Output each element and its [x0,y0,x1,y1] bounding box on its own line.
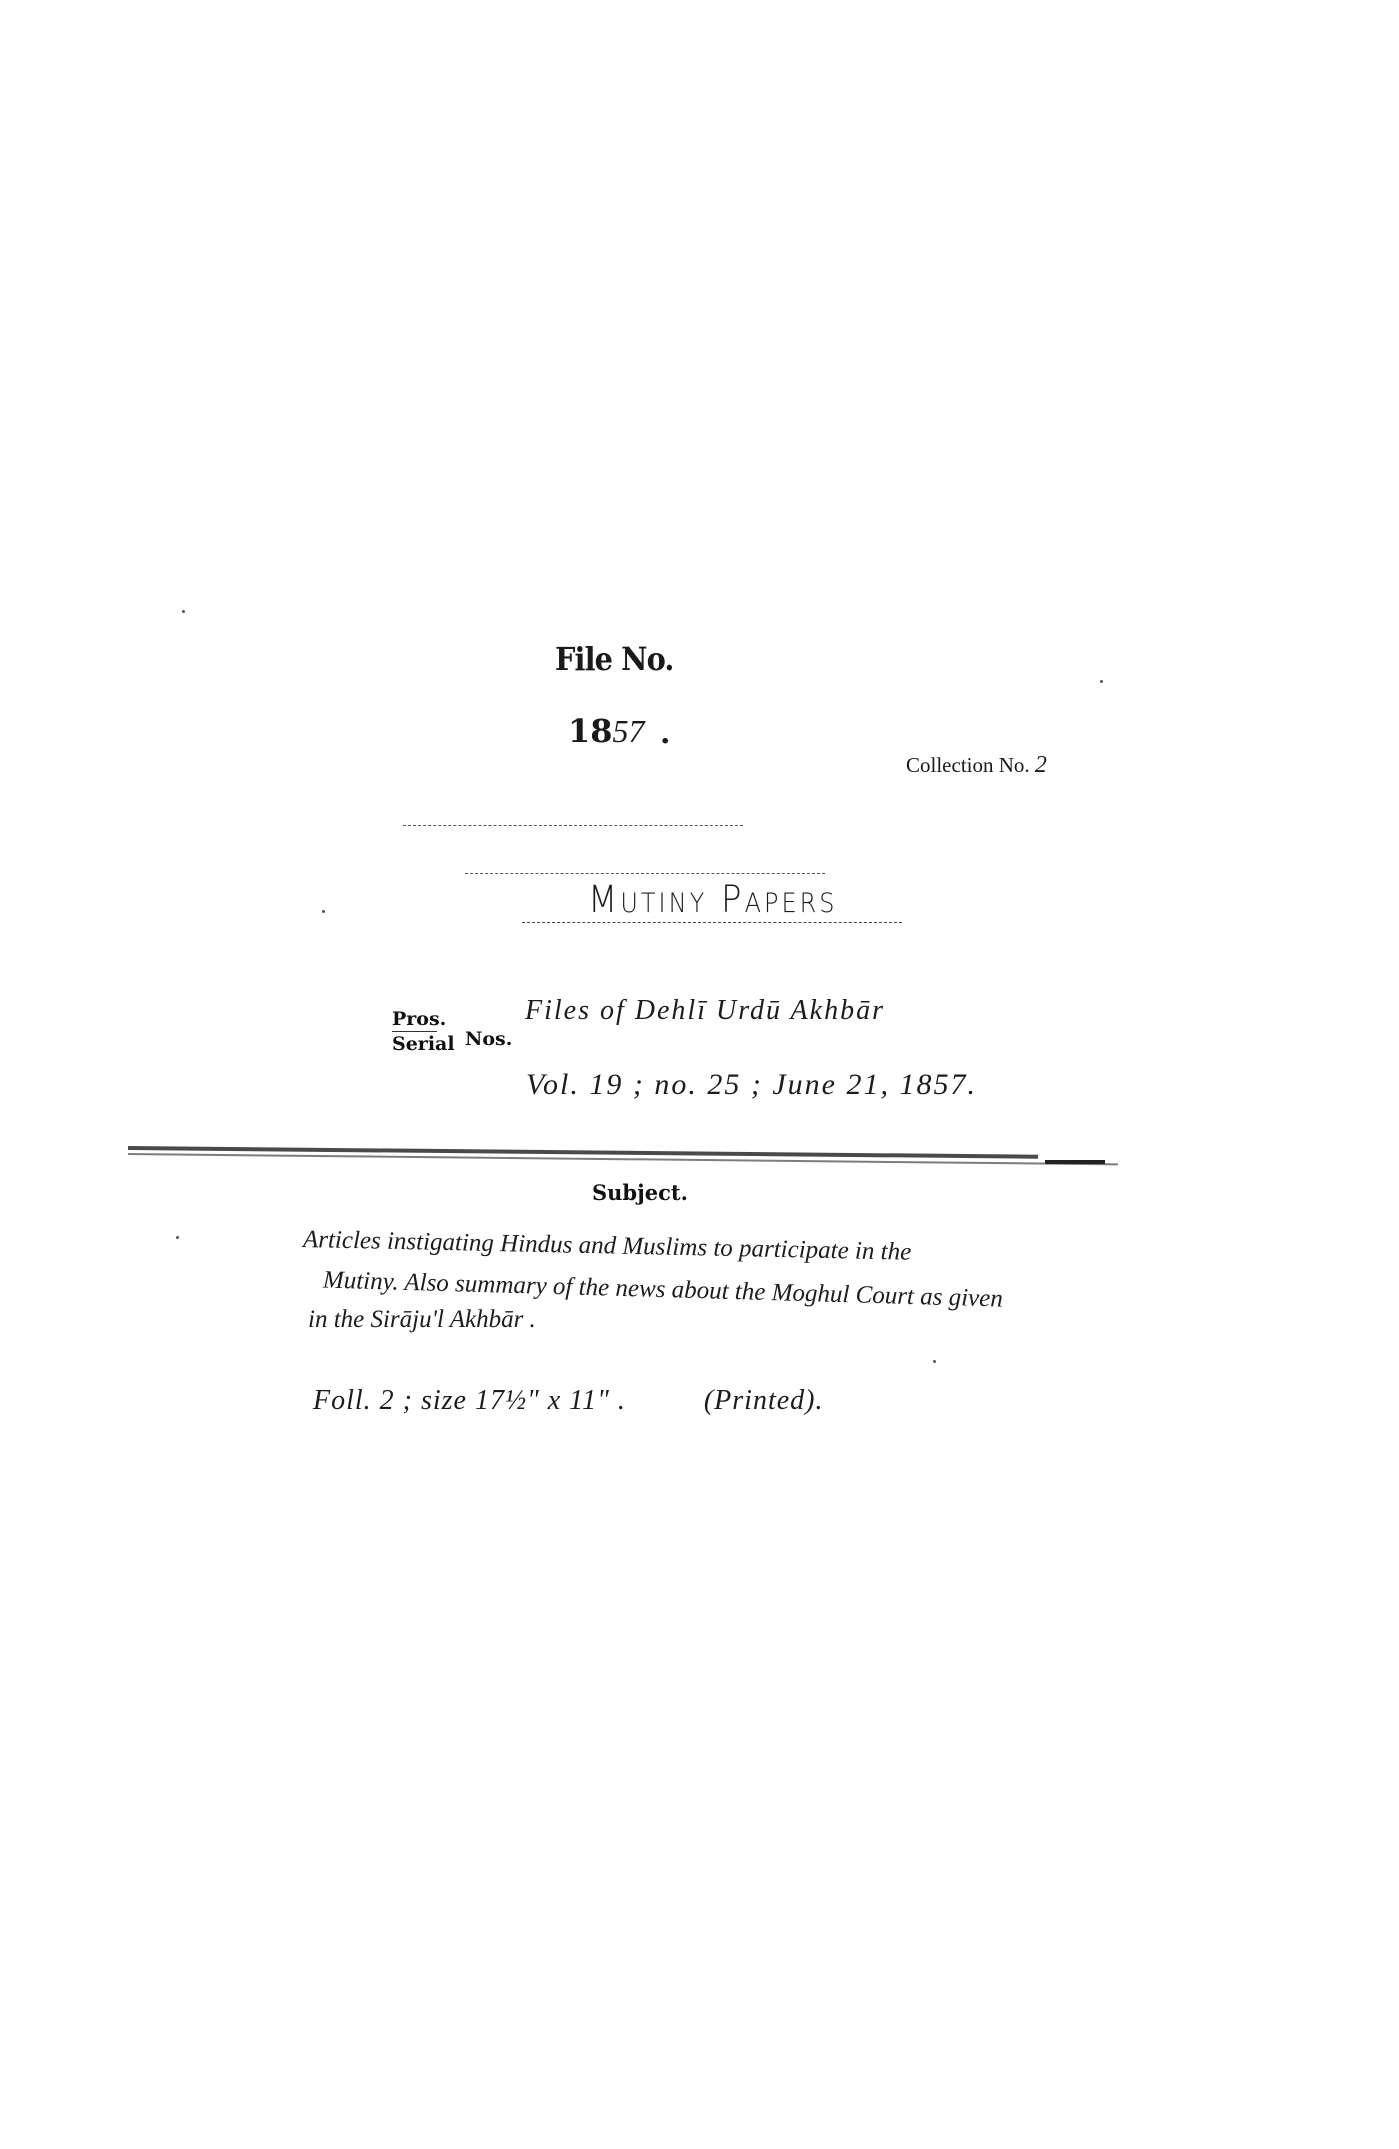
serial-label: Serial [392,1032,455,1054]
year-dot: . [660,716,670,751]
divider-end-segment [1045,1160,1105,1164]
ruled-line-3 [522,922,902,923]
file-no-heading: File No. [555,640,674,678]
collection-label: Collection No. [906,753,1030,777]
collection-number: Collection No. 2 [906,752,1047,779]
ruled-line-1 [403,825,743,826]
year-field: 1857 [568,712,645,750]
pros-label: Pros. [392,1010,437,1032]
document-title: Mutiny Papers [588,878,838,922]
scan-speck [933,1360,936,1363]
scan-speck [176,1236,179,1239]
folio-size-note: Foll. 2 ; size 17½" x 11" . (Printed). [313,1385,824,1417]
subject-body: Articles instigating Hindus and Muslims … [303,1220,1003,1340]
pros-serial-label: Pros. Serial [392,1010,455,1054]
ruled-line-2 [465,873,825,874]
nos-label: Nos. [465,1028,512,1050]
files-description: Files of Dehlī Urdū Akhbār [525,995,885,1027]
volume-description: Vol. 19 ; no. 25 ; June 21, 1857. [526,1068,977,1102]
scan-speck [182,610,185,613]
printed-note: (Printed). [704,1385,824,1416]
folio-size: Foll. 2 ; size 17½" x 11" . [313,1385,626,1416]
subject-heading: Subject. [592,1180,688,1205]
year-prefix: 18 [568,712,613,750]
collection-value: 2 [1035,752,1047,778]
year-suffix-handwritten: 57 [613,713,645,749]
scan-speck [322,910,325,913]
scan-speck [1100,680,1103,683]
